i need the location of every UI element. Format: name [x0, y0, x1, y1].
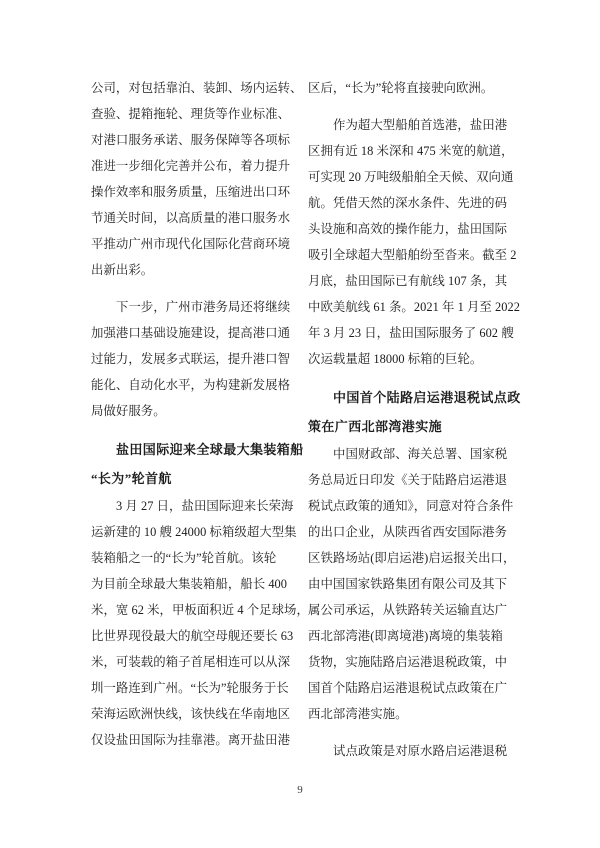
text-line: 中国首个陆路启运港退税试点政 [308, 383, 506, 412]
text-line: 税试点政策的通知》，同意对符合条件 [308, 493, 506, 519]
text-line: 区拥有近 18 米深和 475 米宽的航道， [308, 138, 506, 164]
text-line: 次运载量超 18000 标箱的巨轮。 [308, 346, 506, 372]
paragraph: 中国财政部、海关总署、国家税务总局近日印发《关于陆路启运港退税试点政策的通知》，… [308, 441, 506, 727]
text-line: 属公司承运，从铁路转关运输直达广 [308, 597, 506, 623]
text-line: 准进一步细化完善并公布，着力提升 [91, 153, 289, 179]
text-line: 能化、自动化水平，为构建新发展格 [91, 372, 289, 398]
text-line: 局做好服务。 [91, 398, 289, 424]
text-line: 月底，盐田国际已有航线 107 条，其 [308, 268, 506, 294]
text-line: 区后，“长为”轮将直接驶向欧洲。 [308, 75, 506, 101]
text-line: 西北部湾港(即离境港)离境的集装箱 [308, 623, 506, 649]
text-line: 由中国国家铁路集团有限公司及其下 [308, 571, 506, 597]
text-line: 过能力，发展多式联运，提升港口智 [91, 346, 289, 372]
paragraph: 试点政策是对原水路启运港退税 [308, 738, 506, 764]
text-line: 公司，对包括靠泊、装卸、场内运转、 [91, 75, 289, 101]
text-line: 务总局近日印发《关于陆路启运港退 [308, 467, 506, 493]
text-line: 对港口服务承诺、服务保障等各项标 [91, 127, 289, 153]
text-line: 节通关时间，以高质量的港口服务水 [91, 205, 289, 231]
text-line: 为目前全球最大集装箱船，船长 400 [91, 571, 289, 597]
text-line: 作为超大型船舶首选港，盐田港 [308, 112, 506, 138]
page-number: 9 [0, 784, 600, 796]
text-line: 米，宽 62 米，甲板面积近 4 个足球场， [91, 597, 289, 623]
text-line: 试点政策是对原水路启运港退税 [308, 738, 506, 764]
text-line: 盐田国际迎来全球最大集装箱船 [91, 435, 289, 464]
paragraph: 3 月 27 日，盐田国际迎来长荣海运新建的 10 艘 24000 标箱级超大型… [91, 493, 289, 753]
text-line: 荣海运欧洲快线，该快线在华南地区 [91, 701, 289, 727]
text-line: 吸引全球超大型船舶纷至沓来。截至 2 [308, 242, 506, 268]
text-line: 加强港口基础设施建设，提高港口通 [91, 320, 289, 346]
paragraph: 下一步，广州市港务局还将继续加强港口基础设施建设，提高港口通过能力，发展多式联运… [91, 294, 289, 424]
text-line: 货物，实施陆路启运港退税政策，中 [308, 649, 506, 675]
text-line: “长为”轮首航 [91, 464, 289, 493]
text-line: 圳一路连到广州。“长为”轮服务于长 [91, 675, 289, 701]
text-line: 策在广西北部湾港实施 [308, 412, 506, 441]
text-line: 出新出彩。 [91, 257, 289, 283]
text-line: 装箱船之一的“长为”轮首航。该轮 [91, 545, 289, 571]
text-line: 西北部湾港实施。 [308, 701, 506, 727]
text-line: 航。凭借天然的深水条件、先进的码 [308, 190, 506, 216]
text-line: 操作效率和服务质量，压缩进出口环 [91, 179, 289, 205]
text-line: 年 3 月 23 日，盐田国际服务了 602 艘 [308, 320, 506, 346]
text-line: 平推动广州市现代化国际化营商环境 [91, 231, 289, 257]
text-line: 查验、提箱拖轮、理货等作业标准、 [91, 101, 289, 127]
text-line: 国首个陆路启运港退税试点政策在广 [308, 675, 506, 701]
text-line: 米，可装载的箱子首尾相连可以从深 [91, 649, 289, 675]
section-heading: 盐田国际迎来全球最大集装箱船“长为”轮首航 [91, 435, 289, 493]
text-line: 区铁路场站(即启运港)启运报关出口， [308, 545, 506, 571]
text-line: 仅设盐田国际为挂靠港。离开盐田港 [91, 727, 289, 753]
paragraph: 作为超大型船舶首选港，盐田港区拥有近 18 米深和 475 米宽的航道，可实现 … [308, 112, 506, 372]
section-heading: 中国首个陆路启运港退税试点政策在广西北部湾港实施 [308, 383, 506, 441]
paragraph: 公司，对包括靠泊、装卸、场内运转、查验、提箱拖轮、理货等作业标准、对港口服务承诺… [91, 75, 289, 283]
text-line: 可实现 20 万吨级船舶全天候、双向通 [308, 164, 506, 190]
text-line: 3 月 27 日，盐田国际迎来长荣海 [91, 493, 289, 519]
document-page: 公司，对包括靠泊、装卸、场内运转、查验、提箱拖轮、理货等作业标准、对港口服务承诺… [0, 0, 600, 848]
text-line: 的出口企业，从陕西省西安国际港务 [308, 519, 506, 545]
text-line: 运新建的 10 艘 24000 标箱级超大型集 [91, 519, 289, 545]
text-column-right: 区后，“长为”轮将直接驶向欧洲。作为超大型船舶首选港，盐田港区拥有近 18 米深… [308, 75, 506, 775]
text-line: 中国财政部、海关总署、国家税 [308, 441, 506, 467]
text-line: 头设施和高效的操作能力，盐田国际 [308, 216, 506, 242]
text-line: 比世界现役最大的航空母舰还要长 63 [91, 623, 289, 649]
text-line: 中欧美航线 61 条。2021 年 1 月至 2022 [308, 294, 506, 320]
paragraph: 区后，“长为”轮将直接驶向欧洲。 [308, 75, 506, 101]
text-line: 下一步，广州市港务局还将继续 [91, 294, 289, 320]
text-column-left: 公司，对包括靠泊、装卸、场内运转、查验、提箱拖轮、理货等作业标准、对港口服务承诺… [91, 75, 289, 764]
